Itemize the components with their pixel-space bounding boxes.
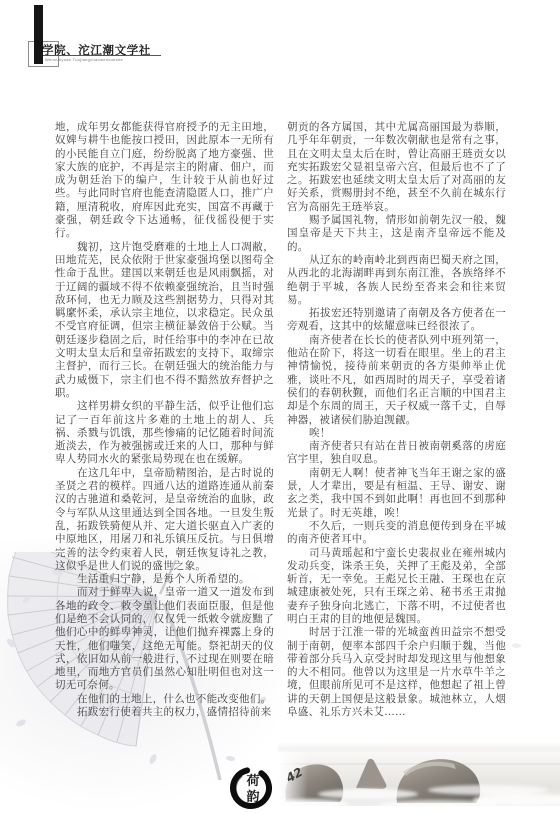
paragraph: 时居于江淮一带的光城蛮酋田益宗不想受制于南朝，便率本部四千余户归顺于魏，当他带着… <box>287 626 506 719</box>
paragraph: 在他们的土地上，什么也不能改变他们。 <box>55 693 274 706</box>
paragraph: 从辽东的岭南岭北到西南巴蜀天府之国，从西北的北海湖畔再到东南江淮，各族络绎不绝朝… <box>287 254 506 307</box>
petal-icon <box>512 642 522 649</box>
rocks-in-misty-sea-photo <box>278 742 560 806</box>
paragraph: 在这几年中，皇帝励精图治，是古时说的圣贤之君的模样。四通八达的道路连通从前秦汉的… <box>55 467 274 573</box>
paragraph: 南齐使者只有站在昔日被南朝奚落的虏庭宫宇里，独自叹息。 <box>287 440 506 467</box>
paragraph: 朝贡的各方属国，其中尤属高丽国最为恭顺，几乎年年朝贡，一年数次朝献也是常有之事，… <box>287 121 506 214</box>
logo-char-bottom: 韵 <box>246 789 259 804</box>
paragraph: 南朝无人啊！使者神飞当年王谢之家的盛景，人才辈出，要是有桓温、王导、谢安、谢玄之… <box>287 467 506 520</box>
paragraph: 这样男耕女织的平静生活，似乎让他们忘记了一百年前这片多难的土地上的胡人、兵祸、杀… <box>55 400 274 466</box>
paragraph: 司马黄瑶起和宁蛮长史裴叔业在雍州城内发动兵变，诛杀王奂，关押了王彪及弟，全部斩首… <box>287 547 506 627</box>
ink-brush-circle-icon: 荷 韵 <box>228 765 274 811</box>
masthead-underline <box>43 55 161 56</box>
society-romanization: Wenxueyuan Tuojiangchaowenxueshe <box>45 57 123 62</box>
paragraph: 拓拔宏还特别邀请了南朝及各方使者在一旁观看，这其中的炫耀意味已经很浓了。 <box>287 307 506 334</box>
paragraph: 不久后，一则兵变的消息便传到身在平城的南齐使者耳中。 <box>287 520 506 547</box>
logo-char-top: 荷 <box>246 773 259 788</box>
paragraph: 赐予属国礼物，情形如前朝先汉一般，魏国皇帝是天下共主，这是南齐皇帝远不能及的。 <box>287 214 506 254</box>
paragraph: 拓跋宏行使着共主的权力，盛情招待前来 <box>55 706 274 719</box>
masthead-black-bar <box>34 5 43 64</box>
article-right-column: 朝贡的各方属国，其中尤属高丽国最为恭顺，几乎年年朝贡，一年数次朝献也是常有之事，… <box>287 121 506 719</box>
paragraph: 唉！ <box>287 427 506 440</box>
paragraph: 南齐使者在长长的使者队列中班列第一，他站在阶下，将这一切看在眼里。坐上的君主神情… <box>287 334 506 427</box>
paragraph: 生活重归宁静，是每个人所希望的。 <box>55 573 274 586</box>
paragraph: 而对于鲜卑人说，皇帝一道又一道发布到各地的政令、敕令虽让他们表面臣服，但是他们是… <box>55 586 274 692</box>
paragraph: 地，成年男女都能获得官府授予的无主田地，奴婢与耕牛也能按口授田，因此原本一无所有… <box>55 121 274 241</box>
article-left-column: 地，成年男女都能获得官府授予的无主田地，奴婢与耕牛也能按口授田，因此原本一无所有… <box>55 121 274 719</box>
paragraph: 魏初，这片饱受磨难的土地上人口凋敝，田地荒芜，民众依附于世家豪强坞堡以图苟全性命… <box>55 241 274 401</box>
magazine-page: 学院、沱江潮文学社 Wenxueyuan Tuojiangchaowenxues… <box>0 0 560 813</box>
